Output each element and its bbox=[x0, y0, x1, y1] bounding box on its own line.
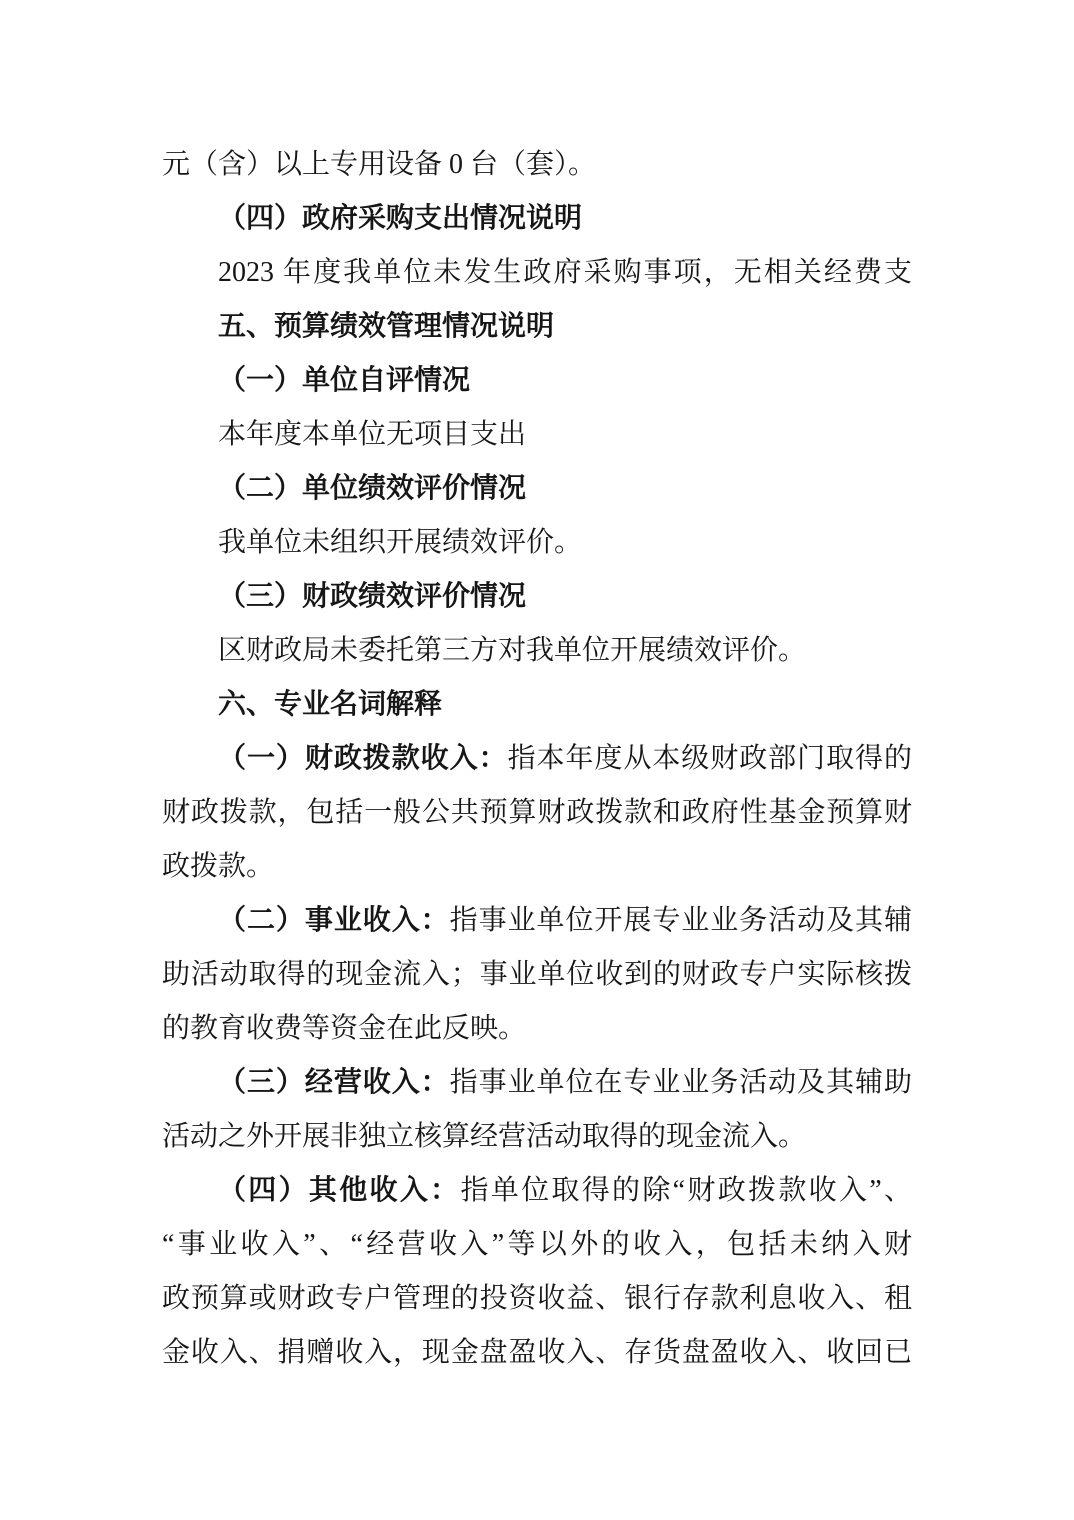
text-run: 本年度本单位无项目支出 bbox=[218, 419, 526, 450]
heading-section-5-budget-performance: 五、预算绩效管理情况说明 bbox=[162, 300, 912, 354]
bold-text-run: （一）财政拨款收入： bbox=[218, 743, 508, 774]
paragraph-term-other-income-line-4: 金收入、捐赠收入，现金盘盈收入、存货盘盈收入、收回已 bbox=[162, 1326, 912, 1380]
heading-5-3-fiscal-performance-evaluation: （三）财政绩效评价情况 bbox=[162, 570, 912, 624]
bold-text-run: （二）事业收入： bbox=[218, 905, 450, 936]
bold-text-run: （一）单位自评情况 bbox=[218, 365, 470, 396]
text-run: 指事业单位在专业业务活动及其辅助 bbox=[450, 1067, 912, 1098]
paragraph-self-evaluation: 本年度本单位无项目支出 bbox=[162, 408, 912, 462]
bold-text-run: 六、专业名词解释 bbox=[218, 689, 442, 720]
paragraph-term-other-income-line-3: 政预算或财政专户管理的投资收益、银行存款利息收入、租 bbox=[162, 1272, 912, 1326]
bold-text-run: （二）单位绩效评价情况 bbox=[218, 473, 526, 504]
bold-text-run: （四）政府采购支出情况说明 bbox=[218, 203, 582, 234]
paragraph-term-business-income-line-1: （二）事业收入：指事业单位开展专业业务活动及其辅 bbox=[162, 894, 912, 948]
paragraph-term-business-income-line-3: 的教育收费等资金在此反映。 bbox=[162, 1002, 912, 1056]
document-body: 元（含）以上专用设备 0 台（套）。（四）政府采购支出情况说明2023 年度我单… bbox=[162, 138, 912, 1380]
text-run: 金收入、捐赠收入，现金盘盈收入、存货盘盈收入、收回已 bbox=[162, 1337, 912, 1368]
paragraph-term-fiscal-appropriation-line-1: （一）财政拨款收入：指本年度从本级财政部门取得的 bbox=[162, 732, 912, 786]
paragraph-term-fiscal-appropriation-line-3: 政拨款。 bbox=[162, 840, 912, 894]
paragraph-term-operating-income-line-1: （三）经营收入：指事业单位在专业业务活动及其辅助 bbox=[162, 1056, 912, 1110]
paragraph-term-other-income-line-2: “事业收入”、“经营收入”等以外的收入，包括未纳入财 bbox=[162, 1218, 912, 1272]
text-run: 指本年度从本级财政部门取得的 bbox=[508, 743, 912, 774]
text-run: 政拨款。 bbox=[162, 851, 274, 882]
heading-section-6-glossary: 六、专业名词解释 bbox=[162, 678, 912, 732]
bold-text-run: （三）财政绩效评价情况 bbox=[218, 581, 526, 612]
heading-5-1-self-evaluation: （一）单位自评情况 bbox=[162, 354, 912, 408]
paragraph-fiscal-performance-evaluation: 区财政局未委托第三方对我单位开展绩效评价。 bbox=[162, 624, 912, 678]
paragraph-term-fiscal-appropriation-line-2: 财政拨款，包括一般公共预算财政拨款和政府性基金预算财 bbox=[162, 786, 912, 840]
text-run: 活动之外开展非独立核算经营活动取得的现金流入。 bbox=[162, 1121, 806, 1152]
text-run: 指单位取得的除“财政拨款收入”、 bbox=[460, 1175, 912, 1206]
paragraph-term-operating-income-line-2: 活动之外开展非独立核算经营活动取得的现金流入。 bbox=[162, 1110, 912, 1164]
bold-text-run: （四）其他收入： bbox=[218, 1175, 460, 1206]
text-run: 2023 年度我单位未发生政府采购事项，无相关经费支出。 bbox=[162, 257, 912, 300]
text-run: 助活动取得的现金流入；事业单位收到的财政专户实际核拨 bbox=[162, 959, 912, 990]
document-page: 元（含）以上专用设备 0 台（套）。（四）政府采购支出情况说明2023 年度我单… bbox=[0, 0, 1074, 1520]
text-run: 区财政局未委托第三方对我单位开展绩效评价。 bbox=[218, 635, 806, 666]
text-run: 元（含）以上专用设备 0 台（套）。 bbox=[162, 149, 596, 180]
paragraph-equipment-continuation: 元（含）以上专用设备 0 台（套）。 bbox=[162, 138, 912, 192]
text-run: 的教育收费等资金在此反映。 bbox=[162, 1013, 526, 1044]
text-run: 财政拨款，包括一般公共预算财政拨款和政府性基金预算财 bbox=[162, 797, 912, 828]
text-run: 指事业单位开展专业业务活动及其辅 bbox=[450, 905, 912, 936]
heading-5-2-unit-performance-evaluation: （二）单位绩效评价情况 bbox=[162, 462, 912, 516]
bold-text-run: （三）经营收入： bbox=[218, 1067, 450, 1098]
paragraph-term-business-income-line-2: 助活动取得的现金流入；事业单位收到的财政专户实际核拨 bbox=[162, 948, 912, 1002]
bold-text-run: 五、预算绩效管理情况说明 bbox=[218, 311, 554, 342]
paragraph-unit-performance-evaluation: 我单位未组织开展绩效评价。 bbox=[162, 516, 912, 570]
paragraph-term-other-income-line-1: （四）其他收入：指单位取得的除“财政拨款收入”、 bbox=[162, 1164, 912, 1218]
text-run: “事业收入”、“经营收入”等以外的收入，包括未纳入财 bbox=[162, 1229, 912, 1260]
text-run: 我单位未组织开展绩效评价。 bbox=[218, 527, 582, 558]
paragraph-procurement-note: 2023 年度我单位未发生政府采购事项，无相关经费支出。 bbox=[162, 246, 912, 300]
heading-section-4-government-procurement: （四）政府采购支出情况说明 bbox=[162, 192, 912, 246]
text-run: 政预算或财政专户管理的投资收益、银行存款利息收入、租 bbox=[162, 1283, 912, 1314]
